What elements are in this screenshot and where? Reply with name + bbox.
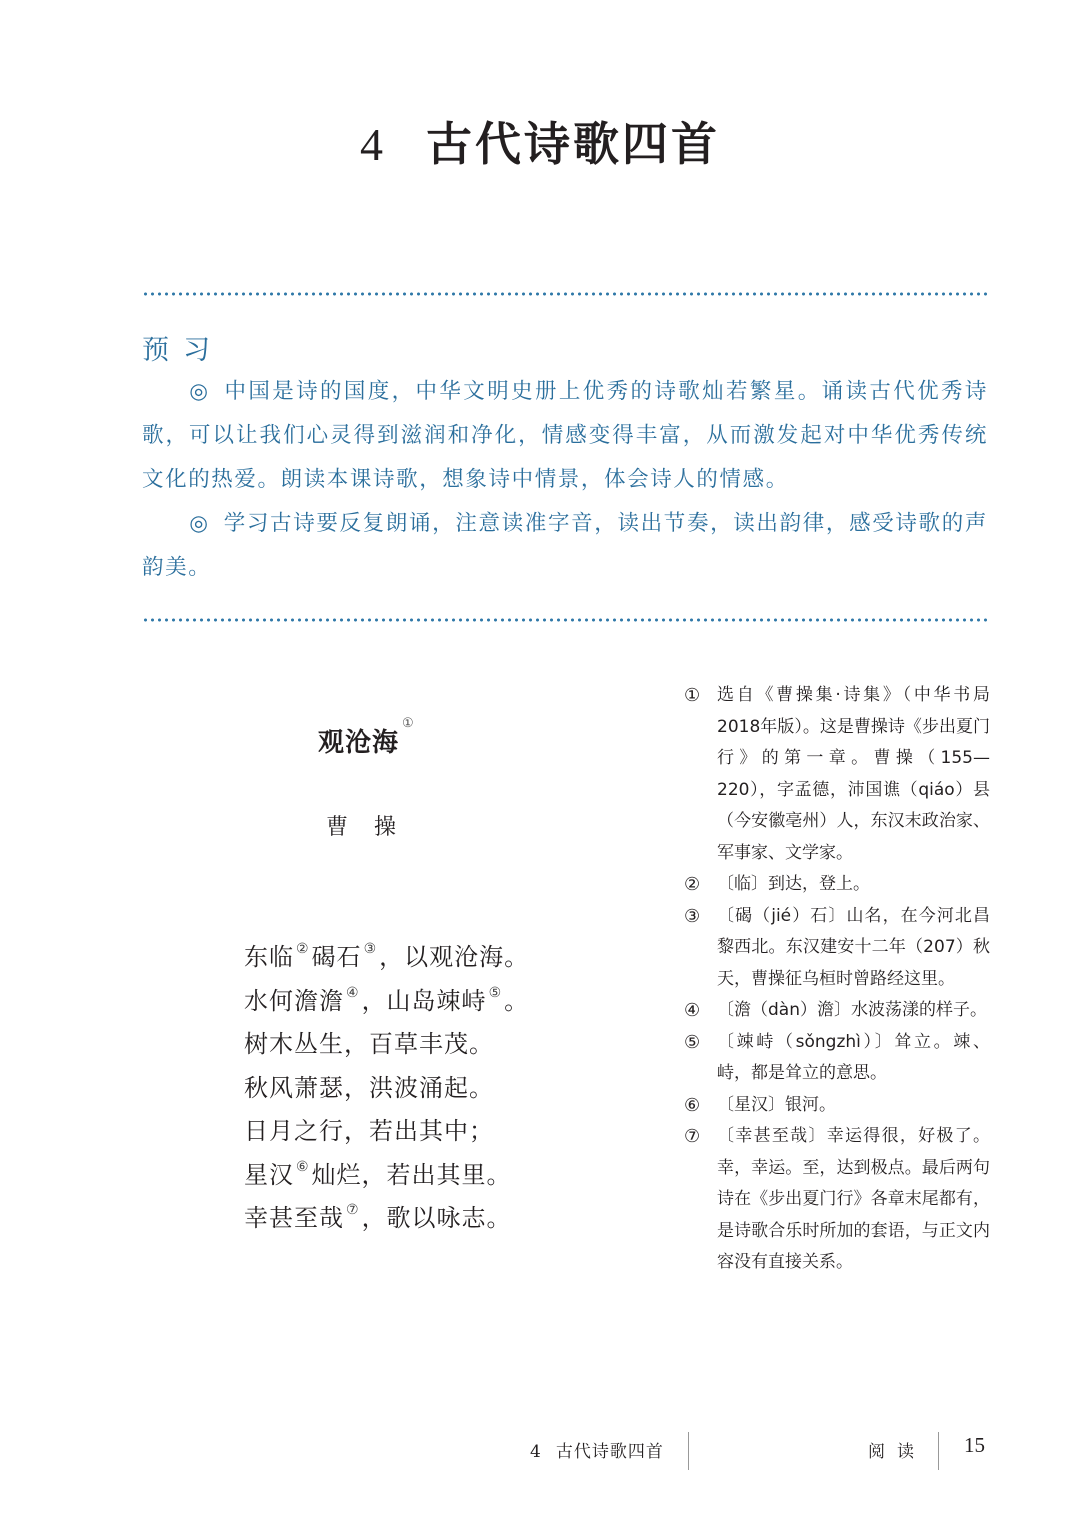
poem-text: 日月之行，若出其中； (244, 1117, 494, 1145)
poem-text: 灿烂，若出其里。 (312, 1161, 512, 1189)
poem-line: 树木丛生，百草丰茂。 (244, 1023, 529, 1067)
footnote-item: ①选自《曹操集·诗集》（中华书局2018年版）。这是曹操诗《步出夏门行》的第一章… (684, 680, 990, 869)
poem-line: 幸甚至哉⑦，歌以咏志。 (244, 1197, 529, 1241)
footnote-ref[interactable]: ③ (364, 941, 378, 957)
footnote-number: ① (684, 680, 700, 712)
footnote-text: 〔临〕到达，登上。 (717, 874, 870, 894)
poem-line: 水何澹澹④，山岛竦峙⑤。 (244, 980, 529, 1024)
footer-lesson: 4古代诗歌四首 (530, 1437, 664, 1462)
footer-section: 阅读 (868, 1437, 926, 1462)
poem-text: 。 (504, 987, 529, 1015)
footnotes: ①选自《曹操集·诗集》（中华书局2018年版）。这是曹操诗《步出夏门行》的第一章… (684, 680, 990, 1279)
footnote-ref[interactable]: ⑤ (489, 985, 503, 1001)
poem-text: ，以观沧海。 (379, 943, 529, 971)
poem-title: 观沧海① (318, 722, 415, 759)
poem-author: 曹操 (326, 810, 422, 841)
footnote-ref[interactable]: ⑥ (296, 1159, 310, 1175)
poem-body: 东临②碣石③，以观沧海。水何澹澹④，山岛竦峙⑤。树木丛生，百草丰茂。秋风萧瑟，洪… (244, 936, 529, 1241)
footnote-item: ④〔澹（dàn）澹〕水波荡漾的样子。 (684, 995, 990, 1027)
footer-divider (688, 1432, 689, 1470)
page-number: 15 (964, 1433, 985, 1458)
dotted-divider-bottom (142, 618, 988, 622)
poem-text: 树木丛生，百草丰茂。 (244, 1030, 494, 1058)
poem-text: ，歌以咏志。 (362, 1204, 512, 1232)
poem-text: 碣石 (312, 943, 362, 971)
chapter-title: 4古代诗歌四首 (0, 108, 1080, 174)
double-circle-bullet-icon: ◎ (189, 379, 210, 404)
footnote-ref[interactable]: ④ (346, 985, 360, 1001)
footnote-number: ③ (684, 901, 700, 933)
poem-text: 幸甚至哉 (244, 1204, 344, 1232)
footnote-number: ⑤ (684, 1027, 700, 1059)
poem-line: 星汉⑥灿烂，若出其里。 (244, 1154, 529, 1198)
poem-text: ，山岛竦峙 (362, 987, 487, 1015)
poem-line: 东临②碣石③，以观沧海。 (244, 936, 529, 980)
poem-line: 日月之行，若出其中； (244, 1110, 529, 1154)
footnote-text: 〔碣（jié）石〕山名，在今河北昌黎西北。东汉建安十二年（207）秋天，曹操征乌… (717, 906, 990, 989)
footnote-item: ②〔临〕到达，登上。 (684, 869, 990, 901)
footnote-number: ⑦ (684, 1121, 700, 1153)
footnote-item: ⑦〔幸甚至哉〕幸运得很，好极了。幸，幸运。至，达到极点。最后两句诗在《步出夏门行… (684, 1121, 990, 1279)
preview-paragraph-text: 中国是诗的国度，中华文明史册上优秀的诗歌灿若繁星。诵读古代优秀诗歌，可以让我们心… (142, 379, 988, 492)
footnote-text: 〔澹（dàn）澹〕水波荡漾的样子。 (717, 1000, 987, 1020)
poem-text: 水何澹澹 (244, 987, 344, 1015)
poem-text: 东临 (244, 943, 294, 971)
footnote-number: ⑥ (684, 1090, 700, 1122)
footnote-text: 选自《曹操集·诗集》（中华书局2018年版）。这是曹操诗《步出夏门行》的第一章。… (717, 685, 990, 863)
poem-text: 秋风萧瑟，洪波涌起。 (244, 1074, 494, 1102)
footnote-text: 〔幸甚至哉〕幸运得很，好极了。幸，幸运。至，达到极点。最后两句诗在《步出夏门行》… (717, 1126, 990, 1272)
footnote-ref[interactable]: ⑦ (346, 1202, 360, 1218)
footer-divider (938, 1432, 939, 1470)
double-circle-bullet-icon: ◎ (189, 511, 209, 536)
preview-heading: 预习 (142, 328, 224, 367)
footnote-text: 〔星汉〕银河。 (717, 1095, 836, 1115)
footnote-item: ③〔碣（jié）石〕山名，在今河北昌黎西北。东汉建安十二年（207）秋天，曹操征… (684, 901, 990, 996)
footnote-item: ⑥〔星汉〕银河。 (684, 1090, 990, 1122)
footer-lesson-number: 4 (530, 1442, 542, 1462)
footer-lesson-title: 古代诗歌四首 (556, 1442, 664, 1462)
chapter-title-text: 古代诗歌四首 (426, 117, 720, 171)
dotted-divider-top (142, 292, 988, 296)
preview-paragraph-text: 学习古诗要反复朗诵，注意读准字音，读出节奏，读出韵律，感受诗歌的声韵美。 (142, 511, 988, 580)
chapter-number: 4 (360, 119, 386, 170)
poem-line: 秋风萧瑟，洪波涌起。 (244, 1067, 529, 1111)
footnote-item: ⑤〔竦峙（sǒngzhì）〕耸立。竦、峙，都是耸立的意思。 (684, 1027, 990, 1090)
preview-paragraph: ◎学习古诗要反复朗诵，注意读准字音，读出节奏，读出韵律，感受诗歌的声韵美。 (142, 502, 988, 590)
footnote-number: ④ (684, 995, 700, 1027)
footnote-number: ② (684, 869, 700, 901)
footnote-text: 〔竦峙（sǒngzhì）〕耸立。竦、峙，都是耸立的意思。 (717, 1032, 990, 1084)
footnote-ref[interactable]: ① (402, 716, 415, 731)
preview-paragraph: ◎中国是诗的国度，中华文明史册上优秀的诗歌灿若繁星。诵读古代优秀诗歌，可以让我们… (142, 370, 988, 502)
poem-text: 星汉 (244, 1161, 294, 1189)
footnote-ref[interactable]: ② (296, 941, 310, 957)
poem-title-text: 观沧海 (318, 728, 399, 758)
preview-body: ◎中国是诗的国度，中华文明史册上优秀的诗歌灿若繁星。诵读古代优秀诗歌，可以让我们… (142, 370, 988, 590)
